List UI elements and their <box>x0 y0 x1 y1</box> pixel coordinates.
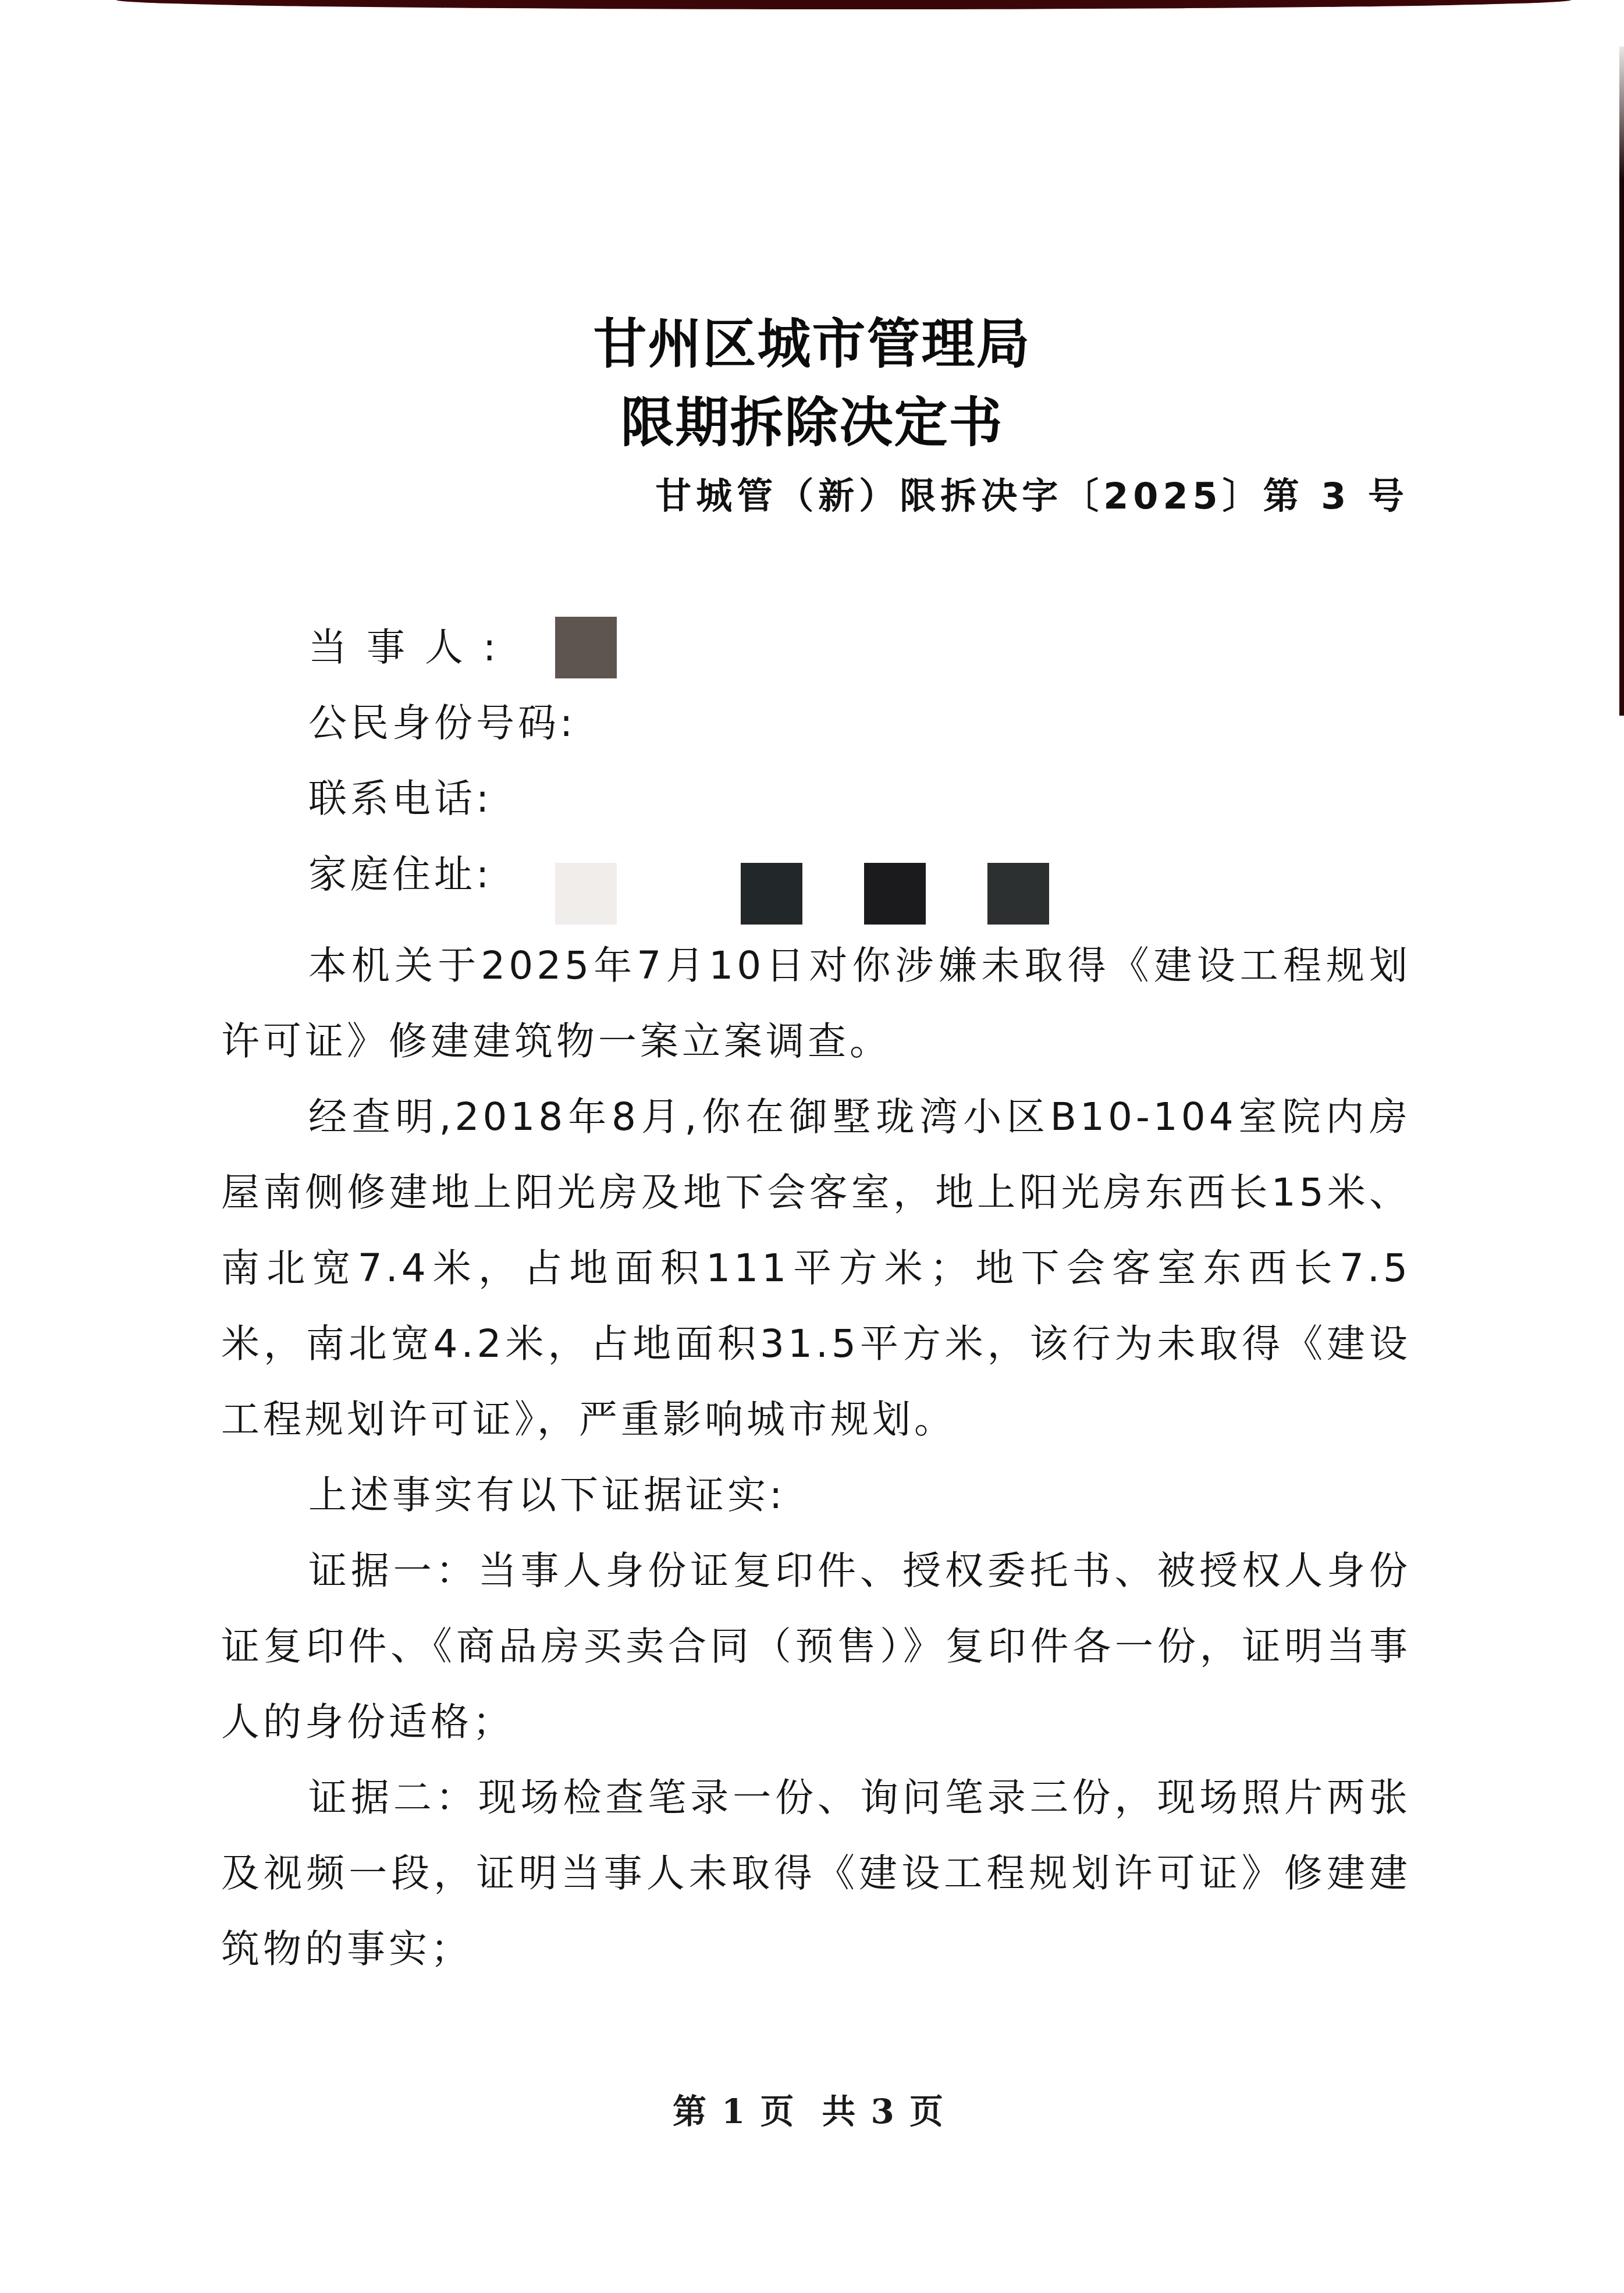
address-redaction-3 <box>864 863 926 925</box>
decision-body: 本机关于2025年7月10日对你涉嫌未取得《建设工程规划许可证》修建建筑物一案立… <box>221 928 1411 1987</box>
case-filing-paragraph: 本机关于2025年7月10日对你涉嫌未取得《建设工程规划许可证》修建建筑物一案立… <box>221 928 1411 1079</box>
address-redaction-1 <box>555 863 617 925</box>
page-current: 1 <box>722 2092 753 2131</box>
findings-paragraph: 经查明,2018年8月,你在御墅珑湾小区B10-104室院内房屋南侧修建地上阳光… <box>221 1079 1411 1457</box>
document-page: 甘州区城市管理局 限期拆除决定书 甘城管（新）限拆决字〔2025〕第 3 号 当… <box>0 0 1624 2293</box>
phone-label: 联系电话: <box>308 780 492 818</box>
address-redaction-2 <box>741 863 802 925</box>
address-redaction-4 <box>987 863 1049 925</box>
evidence-two-paragraph: 证据二：现场检查笔录一份、询问笔录三份，现场照片两张及视频一段，证明当事人未取得… <box>221 1760 1411 1987</box>
address-label: 家庭住址: <box>308 855 492 894</box>
evidence-one-paragraph: 证据一：当事人身份证复印件、授权委托书、被授权人身份证复印件、《商品房买卖合同（… <box>221 1533 1411 1760</box>
party-name-label: 当事人: <box>308 628 516 667</box>
party-name-redaction <box>555 617 617 678</box>
issuing-authority-title: 甘州区城市管理局 <box>0 317 1624 371</box>
id-number-label: 公民身份号码: <box>308 704 576 742</box>
evidence-intro-paragraph: 上述事实有以下证据证实: <box>221 1457 1411 1533</box>
page-suffix: 页 <box>909 2092 951 2131</box>
page-indicator: 第1页 共3页 <box>0 2095 1624 2128</box>
page-mid: 页 共 <box>760 2092 863 2131</box>
page-total: 3 <box>871 2092 902 2131</box>
page-prefix: 第 <box>673 2092 715 2131</box>
document-type-title: 限期拆除决定书 <box>0 396 1624 449</box>
document-number: 甘城管（新）限拆决字〔2025〕第 3 号 <box>655 478 1409 514</box>
